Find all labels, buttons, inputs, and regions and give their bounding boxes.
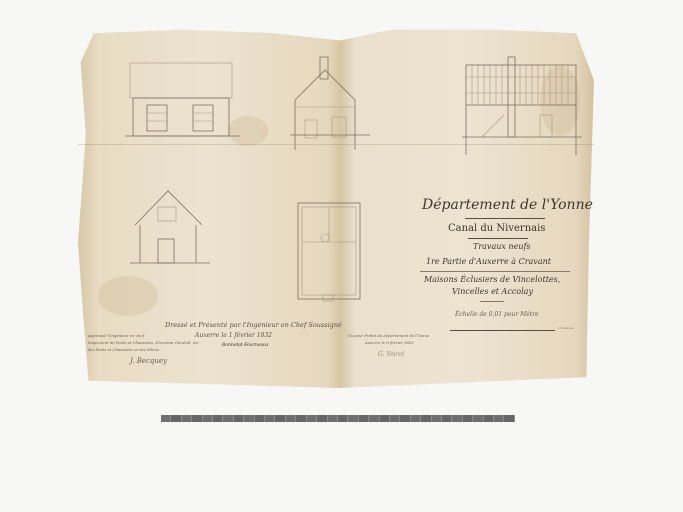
scale-unit-label: 10 mètres [558, 327, 573, 330]
title-rule [465, 218, 545, 219]
section-rule [420, 271, 570, 272]
front-elevation-drawing [125, 55, 240, 145]
gable-elevation-drawing [130, 185, 210, 270]
drawn-by-text: Dressé et Présenté par l'Ingénieur en Ch… [165, 322, 342, 329]
floor-plan-drawing [295, 200, 365, 305]
approved-left-3: des Ponts et Chaussées et des Mines [88, 348, 159, 352]
measurement-ruler [161, 415, 515, 422]
scale-label: Échelle de 0,01 pour Mètre [455, 312, 539, 318]
approved-left-1: Approuvé l'Ingénieur en chef [88, 334, 144, 338]
approved-left-2: Inspecteur de Ponts et Chaussées, Direct… [88, 341, 199, 345]
side-section-drawing [290, 55, 370, 165]
subject-rule [480, 301, 504, 302]
canal-title: Canal du Nivernais [448, 224, 545, 234]
signature-right: G. Voirol [378, 352, 404, 358]
subject-line-1: Maisons Éclusiers de Vincelottes, [424, 276, 560, 284]
canal-rule [468, 238, 528, 239]
subject-line-2: Vincelles et Accolay [452, 288, 533, 296]
section-title: 1re Partie d'Auxerre à Cravant [426, 258, 551, 266]
signature-center: Bonnetat-Fourneaux [222, 344, 269, 349]
approved-right-2: Auxerre le 6 février 1832 [365, 341, 414, 345]
scale-bar [450, 330, 555, 331]
signature-left: J. Becquey [130, 358, 167, 365]
approved-right-1: Vu pour Préfet du département de l'Yonne [348, 334, 429, 338]
drawn-date-text: Auxerre le 1 février 1832 [195, 333, 272, 339]
department-title: Département de l'Yonne [422, 198, 593, 212]
works-title: Travaux neufs [473, 243, 531, 251]
longitudinal-section-drawing [462, 55, 582, 165]
